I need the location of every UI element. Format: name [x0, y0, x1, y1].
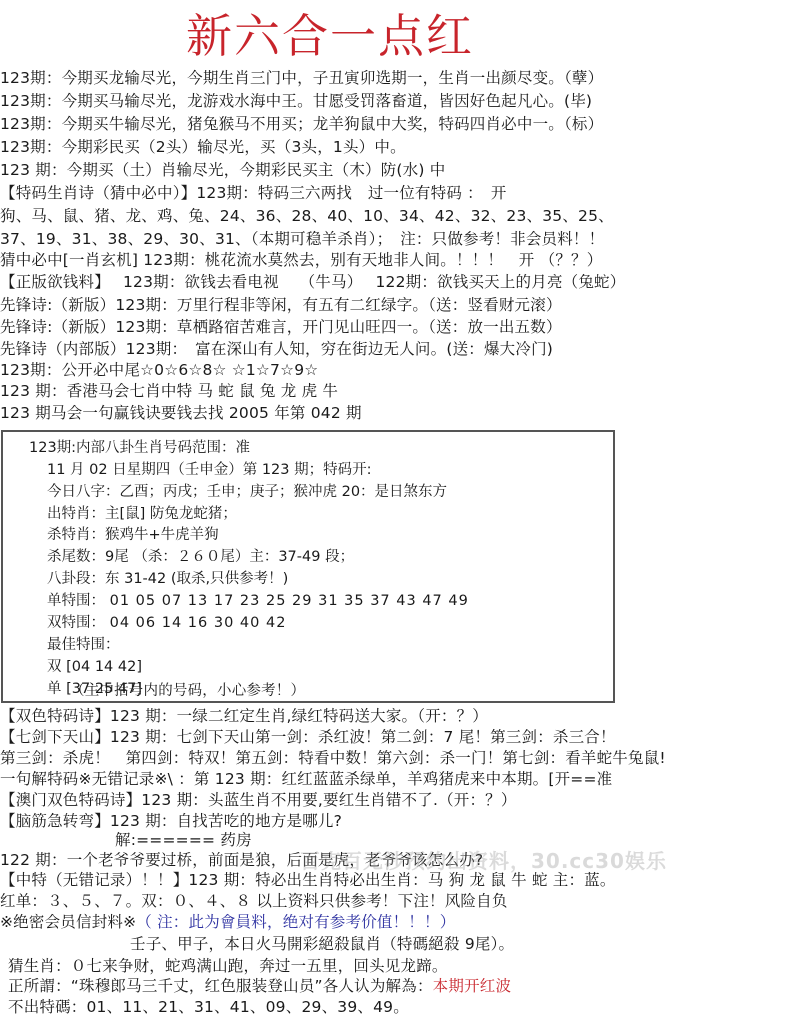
prediction-line: 123期：今期买龙输尽光，今期生肖三门中，子丑寅卯选期一，生肖一出颜尽变。（孽） — [0, 68, 603, 89]
prediction-line: 先锋诗:（新版）123期：万里行程非等闲，有五有二红绿字。（送：竖看财元滚） — [0, 295, 562, 316]
prediction-line: 123期：今期买马输尽光，龙游戏水海中王。甘愿受罚落畜道，皆因好色起凡心。(毕) — [0, 91, 592, 112]
prediction-line: 狗、马、鼠、猪、龙、鸡、兔、24、36、28、40、10、34、42、32、23… — [0, 206, 614, 227]
page-title: 新六合一点红 — [186, 8, 474, 64]
prediction-line: 123期：公开必中尾☆0☆6☆8☆ ☆1☆7☆9☆ — [0, 360, 318, 381]
zhengsuowei-line: 正所謂：“珠穆郎马三千丈，红色服装登山员”各人认为解為：本期开红波 — [8, 976, 511, 997]
prediction-line: 猜中必中[一肖玄机] 123期：桃花流水莫然去，别有天地非人间。！！！ 开 （？… — [0, 250, 602, 271]
prediction-line: 先锋诗（内部版）123期： 富在深山有人知，穷在街边无人问。(送：爆大冷门) — [0, 339, 553, 360]
prediction-line: 123 期马会一句赢钱诀要钱去找 2005 年第 042 期 — [0, 403, 362, 424]
prediction-line: 不出特碼：01、11、21、31、41、09、29、39、49。 — [8, 997, 409, 1018]
box-sha-te-xiao: 杀特肖：猴鸡牛+牛虎羊狗 — [47, 525, 219, 545]
prediction-line: 123期：今期买牛输尽光，猪兔猴马不用买；龙羊狗鼠中大奖，特码四肖必中一。（标） — [0, 114, 603, 135]
box-chu-te-xiao: 出特肖：主[鼠] 防兔龙蛇猪； — [47, 504, 237, 524]
secret-label: ※绝密会员信封料※ — [0, 913, 136, 931]
secret-line: ※绝密会员信封料※（ 注：此为會員料，绝对有参考价值！！！） — [0, 912, 455, 933]
prediction-line: 先锋诗:（新版）123期：草栖路宿苦难言，开门见山旺四一。（送：放一出五数） — [0, 317, 562, 338]
box-sha-wei-shu: 杀尾数：9尾 （杀：２６０尾）主：37-49 段； — [47, 547, 354, 567]
prediction-line: 第三剑：杀虎！ 第四剑：特双！第五剑：特看中数！第六剑：杀一门！第七剑：看羊蛇牛… — [0, 748, 666, 769]
zhengsuowei-text: 正所謂：“珠穆郎马三千丈，红色服装登山员”各人认为解為： — [8, 977, 433, 995]
shuang-te-wei-numbers: 04 06 14 16 30 40 42 — [110, 615, 287, 631]
prediction-line: 【七剑下天山】123 期：七剑下天山第一剑：杀红波！第二剑：7 尾！第三剑：杀三… — [0, 727, 616, 748]
box-best-shuang: 双 [04 14 42] — [47, 657, 142, 677]
prediction-line: 123 期：今期买（土）肖输尽光，今期彩民买主（木）防(水) 中 — [0, 160, 445, 181]
box-dan-te-wei: 单特围： 01 05 07 13 17 23 25 29 31 35 37 43… — [47, 591, 469, 611]
box-bazi: 今日八字：乙酉；丙戌；壬申；庚子；猴冲虎 20：是日煞东方 — [47, 482, 447, 502]
prediction-line: 红单：３、５、７。双：０、４、８ 以上资料只供参考！下注！风险自负 — [0, 891, 508, 912]
box-date-line: 11 月 02 日星期四（壬申金）第 123 期；特码开: — [47, 460, 372, 480]
shuang-te-wei-label: 双特围： — [47, 615, 105, 631]
bagua-range-box: 123期:内部八卦生肖号码范围：准 11 月 02 日星期四（壬申金）第 123… — [1, 430, 615, 703]
dan-te-wei-numbers: 01 05 07 13 17 23 25 29 31 35 37 43 47 4… — [110, 593, 469, 609]
zhengsuowei-answer: 本期开红波 — [433, 977, 512, 995]
prediction-line: 37、19、31、38、29、30、31、（本期可稳羊杀肖）； 注：只做参考！非… — [0, 229, 604, 250]
prediction-line: 123期：今期彩民买（2头）输尽光，买（3头，1头）中。 — [0, 137, 406, 158]
prediction-line: 一句解特码※无错记录※\ ：第 123 期：红红蓝蓝杀绿单，羊鸡猪虎来中本期。[… — [0, 769, 612, 790]
box-best-label: 最佳特围： — [47, 635, 120, 655]
prediction-line: 【脑筋急转弯】123 期：自找苦吃的地方是哪儿? — [0, 811, 342, 832]
prediction-line: 猜生肖：０七来争财，蛇鸡满山跑，奔过一五里，回头见龙蹄。 — [8, 956, 448, 977]
dan-te-wei-label: 单特围： — [47, 593, 105, 609]
box-bagua-duan: 八卦段：东 31-42 (取杀,只供参考！) — [47, 569, 288, 589]
prediction-line: 【特码生肖诗（猜中必中）】123期：特码三六两找 过一位有特码 ： 开 — [0, 183, 507, 204]
box-note: （主中括号内的号码，小心参考！） — [70, 681, 305, 702]
prediction-line: 【双色特码诗】123 期：一绿二红定生肖,绿红特码送大家。（开：？） — [0, 706, 488, 727]
prediction-line: 壬子、甲子，本日火马開彩絕殺鼠肖（特碼絕殺 9尾）。 — [130, 934, 514, 955]
prediction-line: 123 期：香港马会七肖中特 马 蛇 鼠 兔 龙 虎 牛 — [0, 381, 338, 402]
prediction-line: 【澳门双色特码诗】123 期：头蓝生肖不用要,要红生肖错不了.（开：？） — [0, 790, 517, 811]
box-header: 123期:内部八卦生肖号码范围：准 — [29, 438, 250, 458]
prediction-line: 【正版欲钱料】 123期：欲钱去看电视 （牛马） 122期：欲钱买天上的月亮（兔… — [0, 272, 625, 293]
box-shuang-te-wei: 双特围： 04 06 14 16 30 40 42 — [47, 613, 286, 633]
riddle-answer: 解:====== 药房 — [115, 830, 252, 851]
secret-note: （ 注：此为會員料，绝对有参考价值！！！） — [136, 913, 455, 931]
prediction-line: 【中特（无错记录）！！】123 期：特必出生肖特必出生肖：马 狗 龙 鼠 牛 蛇… — [0, 870, 616, 891]
